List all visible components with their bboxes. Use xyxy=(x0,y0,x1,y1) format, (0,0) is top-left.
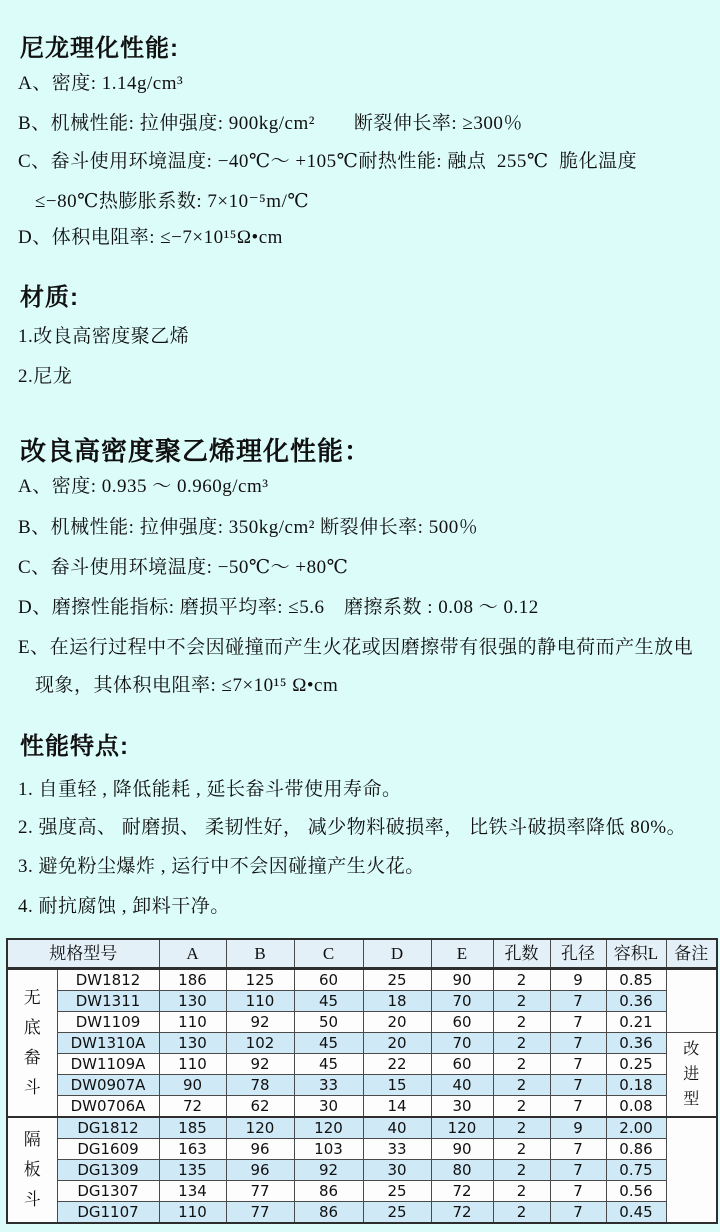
table-row: 无底畚斗 DW1812 186 125 60 25 90 2 9 0.85 xyxy=(7,969,717,991)
nylon-density-line: A、密度: 1.14g/cm³ xyxy=(18,72,704,96)
value-cell: 45 xyxy=(294,1033,363,1054)
value-cell: 7 xyxy=(550,1054,606,1075)
value-cell: 96 xyxy=(226,1160,294,1181)
remark-cell-empty xyxy=(666,969,717,1033)
material-item-nylon: 2.尼龙 xyxy=(18,365,704,389)
value-cell: 2 xyxy=(493,1054,550,1075)
value-cell: 9 xyxy=(550,1117,606,1139)
value-cell: 33 xyxy=(363,1139,431,1160)
value-cell: 0.86 xyxy=(606,1139,666,1160)
value-cell: 0.21 xyxy=(606,1012,666,1033)
value-cell: 0.75 xyxy=(606,1160,666,1181)
value-cell: 30 xyxy=(363,1160,431,1181)
value-cell: 2 xyxy=(493,1181,550,1202)
value-cell: 130 xyxy=(159,991,226,1012)
model-cell: DW1109 xyxy=(57,1012,159,1033)
table-row: DW1109 110 92 50 20 60 2 7 0.21 xyxy=(7,1012,717,1033)
value-cell: 78 xyxy=(226,1075,294,1096)
feature-item-4: 4. 耐抗腐蚀 , 卸料干净。 xyxy=(18,895,704,919)
nylon-temperature-line: C、畚斗使用环境温度: −40℃～ +105℃耐热性能: 融点 255℃ 脆化温… xyxy=(18,150,704,174)
remark-cell-empty xyxy=(666,1117,717,1223)
value-cell: 7 xyxy=(550,1033,606,1054)
hdpe-static-line: E、在运行过程中不会因碰撞而产生火花或因磨擦带有很强的静电荷而产生放电 xyxy=(18,636,704,660)
value-cell: 0.18 xyxy=(606,1075,666,1096)
value-cell: 2.00 xyxy=(606,1117,666,1139)
header-diameter: 孔径 xyxy=(550,939,606,969)
value-cell: 60 xyxy=(294,969,363,991)
value-cell: 2 xyxy=(493,969,550,991)
header-volume: 容积L xyxy=(606,939,666,969)
value-cell: 90 xyxy=(431,969,493,991)
table-row: 隔板斗 DG1812 185 120 120 40 120 2 9 2.00 xyxy=(7,1117,717,1139)
value-cell: 110 xyxy=(159,1202,226,1224)
value-cell: 7 xyxy=(550,1202,606,1224)
value-cell: 62 xyxy=(226,1096,294,1118)
value-cell: 20 xyxy=(363,1033,431,1054)
value-cell: 110 xyxy=(159,1054,226,1075)
value-cell: 110 xyxy=(159,1012,226,1033)
value-cell: 40 xyxy=(431,1075,493,1096)
material-section-title: 材质: xyxy=(18,283,704,313)
value-cell: 120 xyxy=(294,1117,363,1139)
model-cell: DW1812 xyxy=(57,969,159,991)
feature-item-1: 1. 自重轻 , 降低能耗 , 延长畚斗带使用寿命。 xyxy=(18,778,704,802)
hdpe-friction-line: D、磨擦性能指标: 磨损平均率: ≤5.6 磨擦系数 : 0.08 ～ 0.12 xyxy=(18,596,704,620)
value-cell: 185 xyxy=(159,1117,226,1139)
value-cell: 25 xyxy=(363,1181,431,1202)
value-cell: 72 xyxy=(159,1096,226,1118)
value-cell: 120 xyxy=(226,1117,294,1139)
hdpe-temperature-line: C、畚斗使用环境温度: −50℃～ +80℃ xyxy=(18,556,704,580)
value-cell: 7 xyxy=(550,1181,606,1202)
value-cell: 2 xyxy=(493,991,550,1012)
value-cell: 186 xyxy=(159,969,226,991)
value-cell: 0.45 xyxy=(606,1202,666,1224)
value-cell: 92 xyxy=(294,1160,363,1181)
value-cell: 50 xyxy=(294,1012,363,1033)
value-cell: 30 xyxy=(431,1096,493,1118)
model-cell: DW1311 xyxy=(57,991,159,1012)
value-cell: 20 xyxy=(363,1012,431,1033)
value-cell: 9 xyxy=(550,969,606,991)
value-cell: 102 xyxy=(226,1033,294,1054)
document-page: 尼龙理化性能: A、密度: 1.14g/cm³ B、机械性能: 拉伸强度: 90… xyxy=(0,34,720,919)
value-cell: 134 xyxy=(159,1181,226,1202)
table-row: DW0907A 90 78 33 15 40 2 7 0.18 xyxy=(7,1075,717,1096)
header-a: A xyxy=(159,939,226,969)
value-cell: 92 xyxy=(226,1054,294,1075)
value-cell: 86 xyxy=(294,1181,363,1202)
value-cell: 2 xyxy=(493,1075,550,1096)
value-cell: 7 xyxy=(550,1139,606,1160)
value-cell: 70 xyxy=(431,1033,493,1054)
value-cell: 77 xyxy=(226,1202,294,1224)
value-cell: 90 xyxy=(159,1075,226,1096)
table-row: DW1311 130 110 45 18 70 2 7 0.36 xyxy=(7,991,717,1012)
value-cell: 110 xyxy=(226,991,294,1012)
value-cell: 0.36 xyxy=(606,1033,666,1054)
value-cell: 96 xyxy=(226,1139,294,1160)
hdpe-section-title: 改良高密度聚乙烯理化性能： xyxy=(18,435,704,467)
header-e: E xyxy=(431,939,493,969)
feature-item-2: 2. 强度高、 耐磨损、 柔韧性好， 减少物料破损率， 比铁斗破损率降低 80%… xyxy=(18,816,704,840)
hdpe-mechanical-line: B、机械性能: 拉伸强度: 350kg/cm² 断裂伸长率: 500％ xyxy=(18,516,704,540)
value-cell: 2 xyxy=(493,1096,550,1118)
value-cell: 2 xyxy=(493,1117,550,1139)
value-cell: 7 xyxy=(550,1160,606,1181)
value-cell: 80 xyxy=(431,1160,493,1181)
remark-cell-improved: 改进型 xyxy=(666,1033,717,1118)
header-model: 规格型号 xyxy=(7,939,159,969)
model-cell: DG1309 xyxy=(57,1160,159,1181)
value-cell: 72 xyxy=(431,1202,493,1224)
table-row: DW1109A 110 92 45 22 60 2 7 0.25 xyxy=(7,1054,717,1075)
value-cell: 60 xyxy=(431,1012,493,1033)
model-cell: DW1310A xyxy=(57,1033,159,1054)
value-cell: 163 xyxy=(159,1139,226,1160)
spec-table-header-row: 规格型号 A B C D E 孔数 孔径 容积L 备注 xyxy=(7,939,717,969)
value-cell: 135 xyxy=(159,1160,226,1181)
group-label-bottomless: 无底畚斗 xyxy=(7,969,57,1118)
value-cell: 18 xyxy=(363,991,431,1012)
table-row: DG1609 163 96 103 33 90 2 7 0.86 xyxy=(7,1139,717,1160)
table-row: DW1310A 130 102 45 20 70 2 7 0.36 改进型 xyxy=(7,1033,717,1054)
material-item-hdpe: 1.改良高密度聚乙烯 xyxy=(18,325,704,349)
value-cell: 120 xyxy=(431,1117,493,1139)
value-cell: 7 xyxy=(550,991,606,1012)
group-label-partition: 隔板斗 xyxy=(7,1117,57,1223)
header-remark: 备注 xyxy=(666,939,717,969)
value-cell: 103 xyxy=(294,1139,363,1160)
value-cell: 130 xyxy=(159,1033,226,1054)
value-cell: 45 xyxy=(294,1054,363,1075)
nylon-resistivity-line: D、体积电阻率: ≤−7×10¹⁵Ω•cm xyxy=(18,226,704,250)
value-cell: 0.08 xyxy=(606,1096,666,1118)
table-row: DW0706A 72 62 30 14 30 2 7 0.08 xyxy=(7,1096,717,1118)
value-cell: 40 xyxy=(363,1117,431,1139)
feature-item-3: 3. 避免粉尘爆炸 , 运行中不会因碰撞产生火花。 xyxy=(18,855,704,879)
nylon-section-title: 尼龙理化性能: xyxy=(18,34,704,64)
model-cell: DG1107 xyxy=(57,1202,159,1224)
model-cell: DW0907A xyxy=(57,1075,159,1096)
value-cell: 33 xyxy=(294,1075,363,1096)
value-cell: 0.36 xyxy=(606,991,666,1012)
value-cell: 7 xyxy=(550,1012,606,1033)
value-cell: 25 xyxy=(363,969,431,991)
value-cell: 2 xyxy=(493,1139,550,1160)
value-cell: 90 xyxy=(431,1139,493,1160)
header-holes: 孔数 xyxy=(493,939,550,969)
value-cell: 22 xyxy=(363,1054,431,1075)
value-cell: 70 xyxy=(431,991,493,1012)
value-cell: 25 xyxy=(363,1202,431,1224)
value-cell: 86 xyxy=(294,1202,363,1224)
table-row: DG1309 135 96 92 30 80 2 7 0.75 xyxy=(7,1160,717,1181)
value-cell: 15 xyxy=(363,1075,431,1096)
nylon-mechanical-line: B、机械性能: 拉伸强度: 900kg/cm² 断裂伸长率: ≥300％ xyxy=(18,112,704,136)
value-cell: 60 xyxy=(431,1054,493,1075)
value-cell: 2 xyxy=(493,1012,550,1033)
value-cell: 45 xyxy=(294,991,363,1012)
header-d: D xyxy=(363,939,431,969)
value-cell: 0.25 xyxy=(606,1054,666,1075)
value-cell: 14 xyxy=(363,1096,431,1118)
value-cell: 0.56 xyxy=(606,1181,666,1202)
value-cell: 0.85 xyxy=(606,969,666,991)
value-cell: 2 xyxy=(493,1033,550,1054)
nylon-expansion-line: ≤−80℃热膨胀系数: 7×10⁻⁵m/℃ xyxy=(18,190,704,214)
value-cell: 72 xyxy=(431,1181,493,1202)
features-section-title: 性能特点: xyxy=(18,732,704,762)
model-cell: DG1609 xyxy=(57,1139,159,1160)
value-cell: 92 xyxy=(226,1012,294,1033)
header-c: C xyxy=(294,939,363,969)
table-row: DG1107 110 77 86 25 72 2 7 0.45 xyxy=(7,1202,717,1224)
table-row: DG1307 134 77 86 25 72 2 7 0.56 xyxy=(7,1181,717,1202)
model-cell: DW1109A xyxy=(57,1054,159,1075)
value-cell: 7 xyxy=(550,1096,606,1118)
value-cell: 125 xyxy=(226,969,294,991)
value-cell: 77 xyxy=(226,1181,294,1202)
spec-table: 规格型号 A B C D E 孔数 孔径 容积L 备注 无底畚斗 DW1812 … xyxy=(6,938,718,1224)
value-cell: 30 xyxy=(294,1096,363,1118)
model-cell: DG1307 xyxy=(57,1181,159,1202)
value-cell: 7 xyxy=(550,1075,606,1096)
value-cell: 2 xyxy=(493,1160,550,1181)
model-cell: DW0706A xyxy=(57,1096,159,1118)
hdpe-resistivity-line: 现象，其体积电阻率: ≤7×10¹⁵ Ω•cm xyxy=(18,674,704,698)
hdpe-density-line: A、密度: 0.935 ～ 0.960g/cm³ xyxy=(18,475,704,499)
model-cell: DG1812 xyxy=(57,1117,159,1139)
value-cell: 2 xyxy=(493,1202,550,1224)
header-b: B xyxy=(226,939,294,969)
